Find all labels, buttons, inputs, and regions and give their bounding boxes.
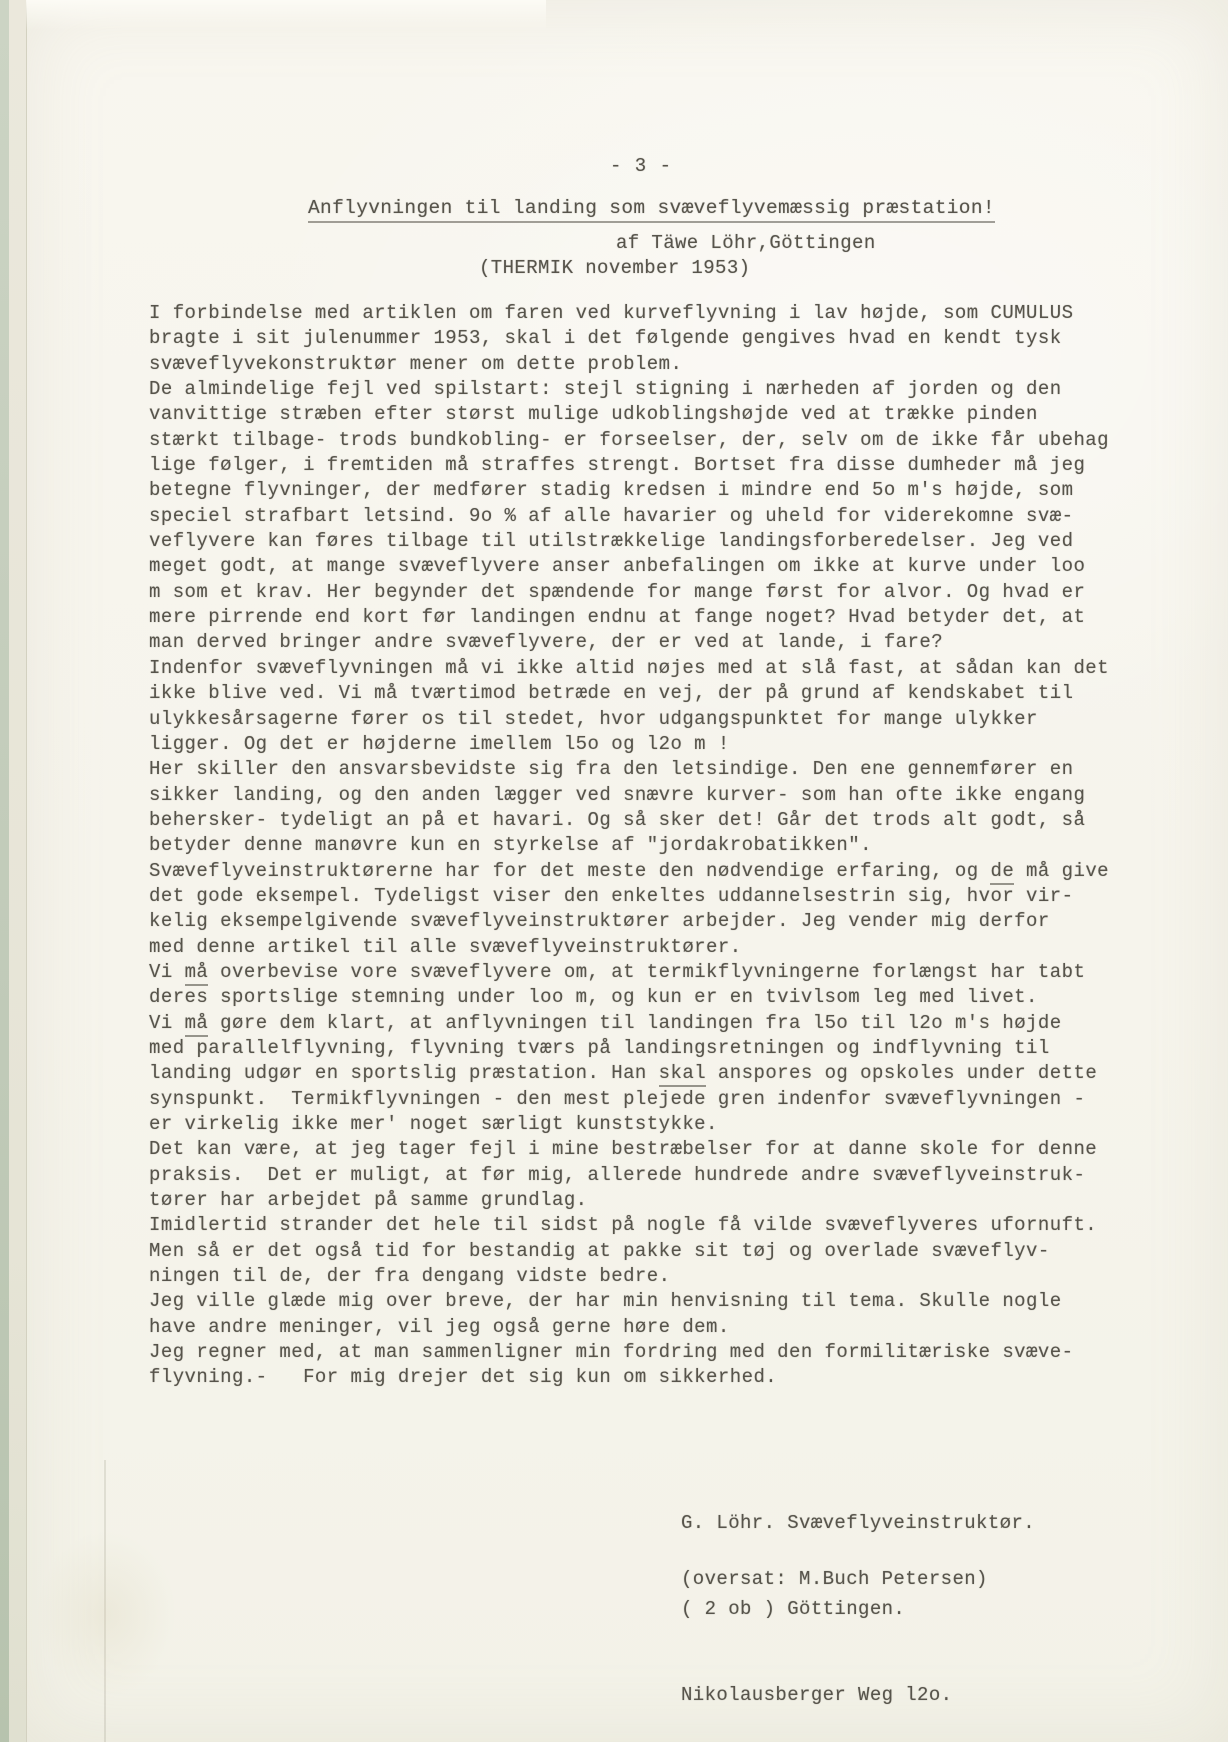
text-line: ligger. Og det er højderne imellem l5o o… bbox=[149, 732, 1109, 757]
text-line: landing udgør en sportslig præstation. H… bbox=[149, 1061, 1109, 1086]
article-byline: af Täwe Löhr,Göttingen bbox=[616, 232, 876, 254]
text-line: Imidlertid strander det hele til sidst p… bbox=[149, 1213, 1109, 1238]
left-page-edge-outer bbox=[0, 0, 9, 1742]
text-line: veflyvere kan føres tilbage til utilstræ… bbox=[149, 529, 1109, 554]
text-line: deres sportslige stemning under loo m, o… bbox=[149, 985, 1109, 1010]
underlined-word: skal bbox=[659, 1062, 706, 1087]
text-line: Her skiller den ansvarsbevidste sig fra … bbox=[149, 757, 1109, 782]
text-line: lige følger, i fremtiden må straffes str… bbox=[149, 453, 1109, 478]
article-source: (THERMIK november 1953) bbox=[479, 257, 750, 279]
signature-line: G. Löhr. Svæveflyveinstruktør. bbox=[681, 1509, 1035, 1538]
text-line: er virkelig ikke mer' noget særligt kuns… bbox=[149, 1112, 1109, 1137]
top-page-edge bbox=[26, 0, 546, 30]
text-line: ikke blive ved. Vi må tværtimod betræde … bbox=[149, 681, 1109, 706]
scanned-document-page: { "page": { "number": "- 3 -" }, "header… bbox=[0, 0, 1228, 1742]
signature-line: Nikolausberger Weg l2o. bbox=[681, 1681, 1035, 1710]
text-line: behersker- tydeligt an på et havari. Og … bbox=[149, 808, 1109, 833]
underlined-word: de bbox=[990, 860, 1014, 885]
text-line: Svæveflyveinstruktørerne har for det mes… bbox=[149, 859, 1109, 884]
body-text: I forbindelse med artiklen om faren ved … bbox=[149, 301, 1109, 1391]
paper-smudge bbox=[36, 1530, 176, 1700]
text-line: betegne flyvninger, der medfører stadig … bbox=[149, 478, 1109, 503]
text-line: bragte i sit julenummer 1953, skal i det… bbox=[149, 326, 1109, 351]
text-line: have andre meninger, vil jeg også gerne … bbox=[149, 1315, 1109, 1340]
text-line: vanvittige stræben efter størst mulige u… bbox=[149, 402, 1109, 427]
text-line: kelig eksempelgivende svæveflyveinstrukt… bbox=[149, 909, 1109, 934]
translator-line: (oversat: M.Buch Petersen) bbox=[681, 1568, 988, 1590]
text-line: speciel strafbart letsind. 9o % af alle … bbox=[149, 504, 1109, 529]
text-line: Det kan være, at jeg tager fejl i mine b… bbox=[149, 1137, 1109, 1162]
text-line: ningen til de, der fra dengang vidste be… bbox=[149, 1264, 1109, 1289]
text-line: med denne artikel til alle svæveflyveins… bbox=[149, 935, 1109, 960]
text-line: Indenfor svæveflyvningen må vi ikke alti… bbox=[149, 656, 1109, 681]
article-title: Anflyvningen til landing som svæveflyvem… bbox=[308, 197, 995, 223]
text-line: Men så er det også tid for bestandig at … bbox=[149, 1239, 1109, 1264]
text-line: Vi må gøre dem klart, at anflyvningen ti… bbox=[149, 1011, 1109, 1036]
text-line: det gode eksempel. Tydeligst viser den e… bbox=[149, 884, 1109, 909]
text-line: svæveflyvekonstruktør mener om dette pro… bbox=[149, 352, 1109, 377]
text-line: betyder denne manøvre kun en styrkelse a… bbox=[149, 833, 1109, 858]
underlined-word: må bbox=[185, 961, 209, 986]
signature-block: G. Löhr. Svæveflyveinstruktør. ( 2 ob ) … bbox=[681, 1452, 1035, 1738]
text-line: Vi må overbevise vore svæveflyvere om, a… bbox=[149, 960, 1109, 985]
text-line: meget godt, at mange svæveflyvere anser … bbox=[149, 554, 1109, 579]
text-line: Jeg ville glæde mig over breve, der har … bbox=[149, 1289, 1109, 1314]
underlined-word: må bbox=[185, 1012, 209, 1037]
text-line: flyvning.- For mig drejer det sig kun om… bbox=[149, 1365, 1109, 1390]
text-line: man derved bringer andre svæveflyvere, d… bbox=[149, 630, 1109, 655]
text-line: sikker landing, og den anden lægger ved … bbox=[149, 783, 1109, 808]
text-line: De almindelige fejl ved spilstart: stejl… bbox=[149, 377, 1109, 402]
text-line: m som et krav. Her begynder det spændend… bbox=[149, 580, 1109, 605]
text-line: ulykkesårsagerne fører os til stedet, hv… bbox=[149, 707, 1109, 732]
left-page-edge-inner bbox=[9, 0, 27, 1742]
text-line: Jeg regner med, at man sammenligner min … bbox=[149, 1340, 1109, 1365]
text-line: synspunkt. Termikflyvningen - den mest p… bbox=[149, 1087, 1109, 1112]
text-line: stærkt tilbage- trods bundkobling- er fo… bbox=[149, 428, 1109, 453]
text-line: praksis. Det er muligt, at før mig, alle… bbox=[149, 1163, 1109, 1188]
text-line: I forbindelse med artiklen om faren ved … bbox=[149, 301, 1109, 326]
page-number: - 3 - bbox=[610, 155, 672, 177]
text-line: mere pirrende end kort før landingen end… bbox=[149, 605, 1109, 630]
text-line: tører har arbejdet på samme grundlag. bbox=[149, 1188, 1109, 1213]
signature-line: ( 2 ob ) Göttingen. bbox=[681, 1595, 1035, 1624]
text-line: med parallelflyvning, flyvning tværs på … bbox=[149, 1036, 1109, 1061]
